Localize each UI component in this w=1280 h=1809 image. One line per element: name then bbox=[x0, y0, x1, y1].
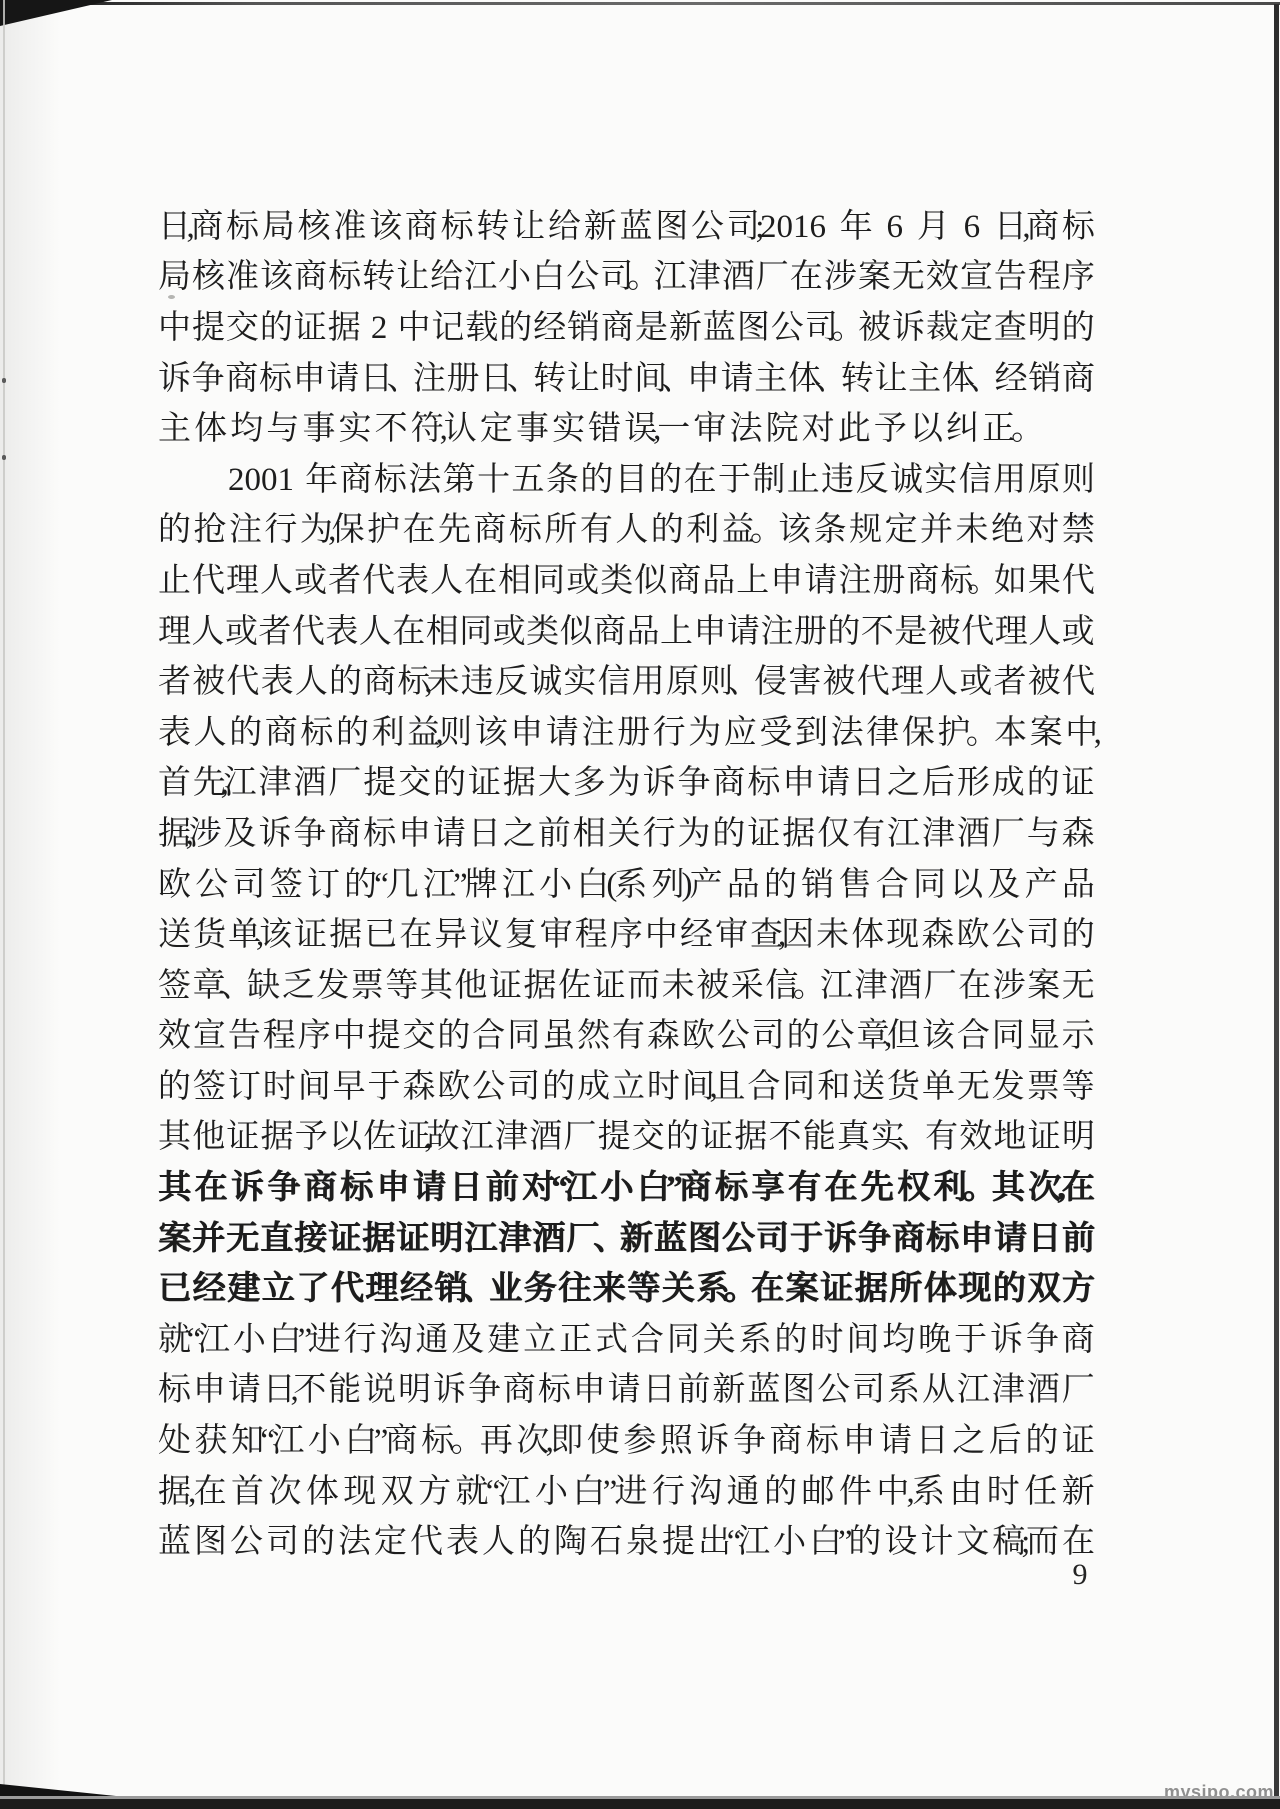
text-line: 案并无直接证据证明江津酒厂、新蓝图公司于诉争商标申请日前 bbox=[158, 1214, 1095, 1265]
text-line: 理人或者代表人在相同或类似商品上申请注册的不是被代理人或 bbox=[158, 607, 1095, 658]
text-line: 中提交的证据 2 中记载的经销商是新蓝图公司。被诉裁定查明的 bbox=[158, 303, 1095, 354]
scan-corner-top-left bbox=[0, 0, 112, 26]
text-line: 首先,江津酒厂提交的证据大多为诉争商标申请日之后形成的证 bbox=[158, 759, 1095, 810]
text-line: 局核准该商标转让给江小白公司。江津酒厂在涉案无效宣告程序 bbox=[158, 253, 1095, 304]
text-line: 诉争商标申请日、注册日、转让时间、申请主体、转让主体、经销商 bbox=[158, 354, 1095, 405]
scan-edge-left bbox=[3, 0, 5, 1797]
text-line: 标申请日,不能说明诉争商标申请日前新蓝图公司系从江津酒厂 bbox=[158, 1366, 1095, 1417]
text-line: 已经建立了代理经销、业务往来等关系。在案证据所体现的双方 bbox=[158, 1264, 1095, 1315]
text-line: 者被代表人的商标,未违反诚实信用原则、侵害被代理人或者被代 bbox=[158, 657, 1095, 708]
text-line: 送货单,该证据已在异议复审程序中经审查,因未体现森欧公司的 bbox=[158, 910, 1095, 961]
text-line: 效宣告程序中提交的合同虽然有森欧公司的公章,但该合同显示 bbox=[158, 1012, 1095, 1063]
text-line: 的抢注行为,保护在先商标所有人的利益。该条规定并未绝对禁 bbox=[158, 506, 1095, 557]
scan-edge-right bbox=[1274, 4, 1279, 1801]
text-line: 欧公司签订的“几江”牌江小白(系列)产品的销售合同以及产品 bbox=[158, 860, 1095, 911]
scan-speck-left-1 bbox=[2, 378, 6, 383]
text-line: 就“江小白”进行沟通及建立正式合同关系的时间均晚于诉争商 bbox=[158, 1315, 1095, 1366]
scanned-document-page: 日,商标局核准该商标转让给新蓝图公司;2016 年 6 月 6 日,商标局核准该… bbox=[0, 0, 1280, 1809]
page-number: 9 bbox=[1060, 1558, 1100, 1592]
document-body-text: 日,商标局核准该商标转让给新蓝图公司;2016 年 6 月 6 日,商标局核准该… bbox=[158, 202, 1095, 1568]
text-line: 其他证据予以佐证,故江津酒厂提交的证据不能真实、有效地证明 bbox=[158, 1113, 1095, 1164]
text-line: 日,商标局核准该商标转让给新蓝图公司;2016 年 6 月 6 日,商标 bbox=[158, 202, 1095, 253]
text-line: 蓝图公司的法定代表人的陶石泉提出“江小白”的设计文稿;而在 bbox=[158, 1517, 1095, 1568]
text-line: 的签订时间早于森欧公司的成立时间,且合同和送货单无发票等 bbox=[158, 1062, 1095, 1113]
scan-speck-left-2 bbox=[2, 455, 6, 460]
scan-edge-top bbox=[0, 2, 1280, 5]
text-line: 2001 年商标法第十五条的目的在于制止违反诚实信用原则 bbox=[158, 455, 1095, 506]
scan-left-shading bbox=[0, 0, 60, 1809]
text-line: 主体均与事实不符,认定事实错误,一审法院对此予以纠正。 bbox=[158, 404, 1095, 455]
text-line: 止代理人或者代表人在相同或类似商品上申请注册商标。如果代 bbox=[158, 556, 1095, 607]
text-line: 表人的商标的利益,则该申请注册行为应受到法律保护。本案中, bbox=[158, 708, 1095, 759]
scan-edge-bottom bbox=[0, 1799, 1280, 1809]
text-line: 其在诉争商标申请日前对“江小白”商标享有在先权利。其次,在 bbox=[158, 1163, 1095, 1214]
text-line: 据,涉及诉争商标申请日之前相关行为的证据仅有江津酒厂与森 bbox=[158, 809, 1095, 860]
text-line: 处获知“江小白”商标。再次,即使参照诉争商标申请日之后的证 bbox=[158, 1416, 1095, 1467]
text-line: 据,在首次体现双方就“江小白”进行沟通的邮件中,系由时任新 bbox=[158, 1467, 1095, 1518]
text-line: 签章、缺乏发票等其他证据佐证而未被采信。江津酒厂在涉案无 bbox=[158, 961, 1095, 1012]
